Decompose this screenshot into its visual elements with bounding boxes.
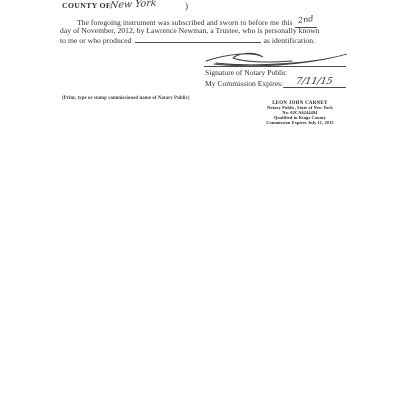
- commission-expiry-row: My Commission Expires: 7/11/15: [205, 77, 346, 88]
- notary-signature-scribble-icon: [202, 50, 350, 67]
- county-handwritten-value: New York: [110, 0, 157, 11]
- print-name-instruction: (Print, type or stamp commissioned name …: [62, 96, 190, 101]
- county-bracket: ): [185, 1, 188, 11]
- identification-blank-line: [135, 35, 261, 43]
- signature-line: [204, 66, 346, 67]
- statement-line-3: to me or who producedas identification.: [60, 35, 350, 45]
- county-label: COUNTY OF: [62, 1, 111, 10]
- signature-caption: Signature of Notary Public: [205, 68, 287, 77]
- statement-line-3-after-text: as identification.: [264, 36, 316, 45]
- statement-line-2-text: day of November, 2012, by Lawrence Newma…: [60, 26, 320, 35]
- statement-line-2: day of November, 2012, by Lawrence Newma…: [60, 27, 350, 35]
- statement-line-3-before-text: to me or who produced: [60, 36, 132, 45]
- county-line: COUNTY OF New York ): [62, 1, 222, 13]
- stamp-expiry-line: Commission Expires July 11, 2015: [230, 121, 370, 126]
- commission-expiry-label: My Commission Expires:: [205, 79, 283, 88]
- commission-expiry-blank-line: 7/11/15: [283, 77, 346, 88]
- notary-stamp: LEON JOHN CARNEY Notary Public, State of…: [230, 101, 370, 125]
- commission-date-handwritten-value: 7/11/15: [295, 76, 334, 87]
- day-handwritten-value: 2nd: [297, 15, 313, 25]
- notary-acknowledgment-page: COUNTY OF New York ) The foregoing instr…: [0, 0, 400, 400]
